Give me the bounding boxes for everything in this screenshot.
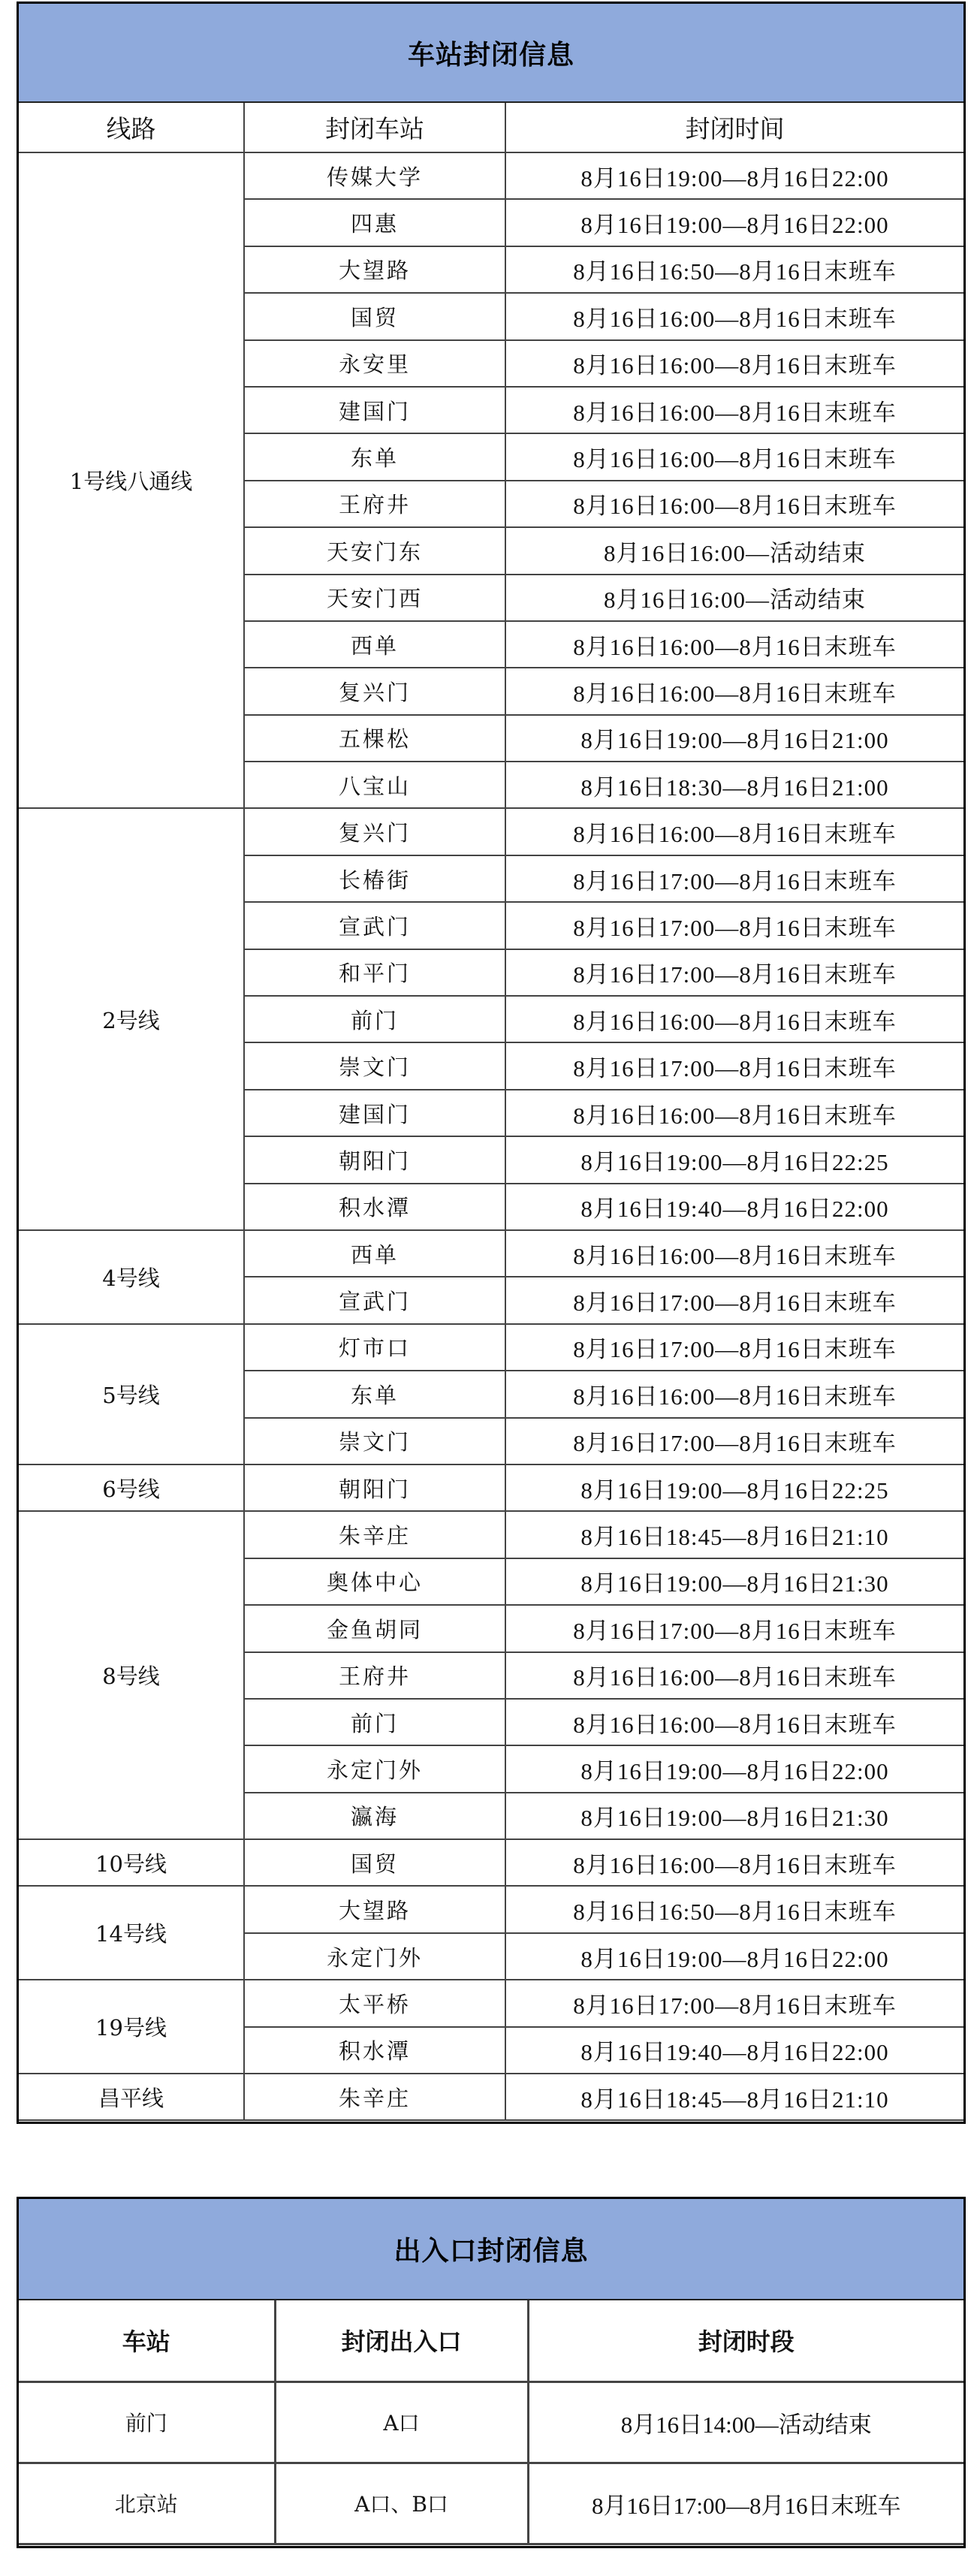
station-cell: 大望路 xyxy=(244,1886,505,1932)
station-cell: 积水潭 xyxy=(244,1184,505,1230)
station-cell: 复兴门 xyxy=(244,668,505,714)
station-cell: 和平门 xyxy=(244,949,505,996)
entrance-closure-title: 出入口封闭信息 xyxy=(19,2199,963,2300)
time-cell: 8月16日16:00—8月16日末班车 xyxy=(505,293,963,339)
time-cell: 8月16日16:00—8月16日末班车 xyxy=(505,481,963,527)
station-cell: 王府井 xyxy=(244,1652,505,1699)
table-row: 2号线复兴门8月16日16:00—8月16日末班车 xyxy=(19,808,963,855)
station-cell: 朱辛庄 xyxy=(244,1511,505,1558)
station-cell: 建国门 xyxy=(244,1090,505,1136)
table-row: 1号线八通线传媒大学8月16日19:00—8月16日22:00 xyxy=(19,152,963,199)
time-cell: 8月16日16:00—8月16日末班车 xyxy=(505,621,963,668)
line-cell: 8号线 xyxy=(19,1511,244,1839)
table-row: 19号线太平桥8月16日17:00—8月16日末班车 xyxy=(19,1980,963,2026)
station-cell: 天安门东 xyxy=(244,527,505,574)
line-cell: 5号线 xyxy=(19,1324,244,1464)
time-cell: 8月16日16:00—8月16日末班车 xyxy=(505,1839,963,1886)
station-cell: 五棵松 xyxy=(244,715,505,762)
entrance-closure-grid: 车站 封闭出入口 封闭时段 前门 A口 8月16日14:00—活动结束 北京站 … xyxy=(19,2300,963,2545)
time-cell: 8月16日19:00—8月16日22:00 xyxy=(505,152,963,199)
time-cell: 8月16日19:00—8月16日21:30 xyxy=(505,1558,963,1605)
column-header-line: 线路 xyxy=(19,103,244,152)
time-cell: 8月16日14:00—活动结束 xyxy=(528,2381,963,2463)
station-cell: 复兴门 xyxy=(244,808,505,855)
station-cell: 前门 xyxy=(244,996,505,1042)
time-cell: 8月16日16:00—8月16日末班车 xyxy=(505,1230,963,1277)
station-cell: 天安门西 xyxy=(244,575,505,621)
station-cell: 永定门外 xyxy=(244,1745,505,1792)
station-cell: 西单 xyxy=(244,621,505,668)
table-row: 昌平线朱辛庄8月16日18:45—8月16日21:10 xyxy=(19,2074,963,2120)
table-row: 8号线朱辛庄8月16日18:45—8月16日21:10 xyxy=(19,1511,963,1558)
time-cell: 8月16日16:00—8月16日末班车 xyxy=(505,340,963,387)
station-cell: 八宝山 xyxy=(244,762,505,808)
time-cell: 8月16日19:00—8月16日22:25 xyxy=(505,1136,963,1183)
time-cell: 8月16日17:00—8月16日末班车 xyxy=(505,1324,963,1371)
time-cell: 8月16日17:00—8月16日末班车 xyxy=(528,2463,963,2544)
station-cell: 传媒大学 xyxy=(244,152,505,199)
time-cell: 8月16日16:00—8月16日末班车 xyxy=(505,1090,963,1136)
station-closure-grid: 线路 封闭车站 封闭时间 1号线八通线传媒大学8月16日19:00—8月16日2… xyxy=(19,103,963,2121)
station-cell: 东单 xyxy=(244,1371,505,1417)
time-cell: 8月16日19:00—8月16日21:30 xyxy=(505,1793,963,1839)
table-row: 5号线灯市口8月16日17:00—8月16日末班车 xyxy=(19,1324,963,1371)
station-cell: 长椿街 xyxy=(244,855,505,902)
table-row: 前门 A口 8月16日14:00—活动结束 xyxy=(19,2381,963,2463)
time-cell: 8月16日17:00—8月16日末班车 xyxy=(505,1418,963,1464)
table-row: 6号线朝阳门8月16日19:00—8月16日22:25 xyxy=(19,1464,963,1511)
line-cell: 14号线 xyxy=(19,1886,244,1980)
time-cell: 8月16日17:00—8月16日末班车 xyxy=(505,949,963,996)
time-cell: 8月16日17:00—8月16日末班车 xyxy=(505,1980,963,2026)
station-cell: 前门 xyxy=(19,2381,275,2463)
table-row: 10号线国贸8月16日16:00—8月16日末班车 xyxy=(19,1839,963,1886)
station-cell: 积水潭 xyxy=(244,2027,505,2074)
time-cell: 8月16日19:00—8月16日22:00 xyxy=(505,1933,963,1980)
time-cell: 8月16日16:00—8月16日末班车 xyxy=(505,1652,963,1699)
station-cell: 国贸 xyxy=(244,1839,505,1886)
station-cell: 四惠 xyxy=(244,199,505,246)
station-cell: 王府井 xyxy=(244,481,505,527)
station-cell: 大望路 xyxy=(244,246,505,293)
time-cell: 8月16日18:30—8月16日21:00 xyxy=(505,762,963,808)
line-cell: 2号线 xyxy=(19,808,244,1230)
column-header-time: 封闭时间 xyxy=(505,103,963,152)
station-cell: 北京站 xyxy=(19,2463,275,2544)
time-cell: 8月16日17:00—8月16日末班车 xyxy=(505,855,963,902)
entrance-cell: A口、B口 xyxy=(275,2463,528,2544)
station-cell: 金鱼胡同 xyxy=(244,1605,505,1651)
time-cell: 8月16日19:00—8月16日22:00 xyxy=(505,199,963,246)
station-cell: 宣武门 xyxy=(244,1277,505,1323)
station-cell: 宣武门 xyxy=(244,902,505,949)
time-cell: 8月16日16:50—8月16日末班车 xyxy=(505,246,963,293)
station-cell: 前门 xyxy=(244,1699,505,1745)
time-cell: 8月16日18:45—8月16日21:10 xyxy=(505,1511,963,1558)
time-cell: 8月16日16:00—8月16日末班车 xyxy=(505,387,963,433)
table-header-row: 车站 封闭出入口 封闭时段 xyxy=(19,2300,963,2381)
time-cell: 8月16日19:00—8月16日22:25 xyxy=(505,1464,963,1511)
entrance-cell: A口 xyxy=(275,2381,528,2463)
time-cell: 8月16日16:00—活动结束 xyxy=(505,527,963,574)
station-cell: 灯市口 xyxy=(244,1324,505,1371)
time-cell: 8月16日16:00—8月16日末班车 xyxy=(505,1371,963,1417)
column-header-station: 封闭车站 xyxy=(244,103,505,152)
time-cell: 8月16日19:00—8月16日21:00 xyxy=(505,715,963,762)
time-cell: 8月16日16:00—8月16日末班车 xyxy=(505,996,963,1042)
station-cell: 国贸 xyxy=(244,293,505,339)
time-cell: 8月16日16:50—8月16日末班车 xyxy=(505,1886,963,1932)
table-row: 14号线大望路8月16日16:50—8月16日末班车 xyxy=(19,1886,963,1932)
line-cell: 19号线 xyxy=(19,1980,244,2074)
time-cell: 8月16日19:00—8月16日22:00 xyxy=(505,1745,963,1792)
line-cell: 4号线 xyxy=(19,1230,244,1324)
station-cell: 西单 xyxy=(244,1230,505,1277)
time-cell: 8月16日16:00—8月16日末班车 xyxy=(505,433,963,480)
time-cell: 8月16日16:00—8月16日末班车 xyxy=(505,1699,963,1745)
line-cell: 1号线八通线 xyxy=(19,152,244,808)
station-cell: 太平桥 xyxy=(244,1980,505,2026)
station-cell: 永安里 xyxy=(244,340,505,387)
time-cell: 8月16日17:00—8月16日末班车 xyxy=(505,1277,963,1323)
line-cell: 10号线 xyxy=(19,1839,244,1886)
table-header-row: 线路 封闭车站 封闭时间 xyxy=(19,103,963,152)
time-cell: 8月16日17:00—8月16日末班车 xyxy=(505,1042,963,1089)
line-cell: 昌平线 xyxy=(19,2074,244,2120)
station-cell: 朝阳门 xyxy=(244,1136,505,1183)
station-cell: 崇文门 xyxy=(244,1418,505,1464)
time-cell: 8月16日16:00—8月16日末班车 xyxy=(505,668,963,714)
line-cell: 6号线 xyxy=(19,1464,244,1511)
station-closure-title: 车站封闭信息 xyxy=(19,4,963,103)
station-cell: 瀛海 xyxy=(244,1793,505,1839)
column-header-station: 车站 xyxy=(19,2300,275,2381)
station-cell: 永定门外 xyxy=(244,1933,505,1980)
station-closure-body: 1号线八通线传媒大学8月16日19:00—8月16日22:00四惠8月16日19… xyxy=(19,152,963,2120)
column-header-period: 封闭时段 xyxy=(528,2300,963,2381)
time-cell: 8月16日19:40—8月16日22:00 xyxy=(505,2027,963,2074)
station-cell: 建国门 xyxy=(244,387,505,433)
time-cell: 8月16日19:40—8月16日22:00 xyxy=(505,1184,963,1230)
time-cell: 8月16日17:00—8月16日末班车 xyxy=(505,1605,963,1651)
table-row: 北京站 A口、B口 8月16日17:00—8月16日末班车 xyxy=(19,2463,963,2544)
time-cell: 8月16日18:45—8月16日21:10 xyxy=(505,2074,963,2120)
entrance-closure-table: 出入口封闭信息 车站 封闭出入口 封闭时段 前门 A口 8月16日14:00—活… xyxy=(17,2197,966,2548)
table-row: 4号线西单8月16日16:00—8月16日末班车 xyxy=(19,1230,963,1277)
time-cell: 8月16日17:00—8月16日末班车 xyxy=(505,902,963,949)
station-cell: 崇文门 xyxy=(244,1042,505,1089)
column-header-entrance: 封闭出入口 xyxy=(275,2300,528,2381)
station-cell: 朱辛庄 xyxy=(244,2074,505,2120)
station-closure-table: 车站封闭信息 线路 封闭车站 封闭时间 1号线八通线传媒大学8月16日19:00… xyxy=(17,2,966,2124)
station-cell: 奥体中心 xyxy=(244,1558,505,1605)
station-cell: 朝阳门 xyxy=(244,1464,505,1511)
time-cell: 8月16日16:00—8月16日末班车 xyxy=(505,808,963,855)
time-cell: 8月16日16:00—活动结束 xyxy=(505,575,963,621)
station-cell: 东单 xyxy=(244,433,505,480)
